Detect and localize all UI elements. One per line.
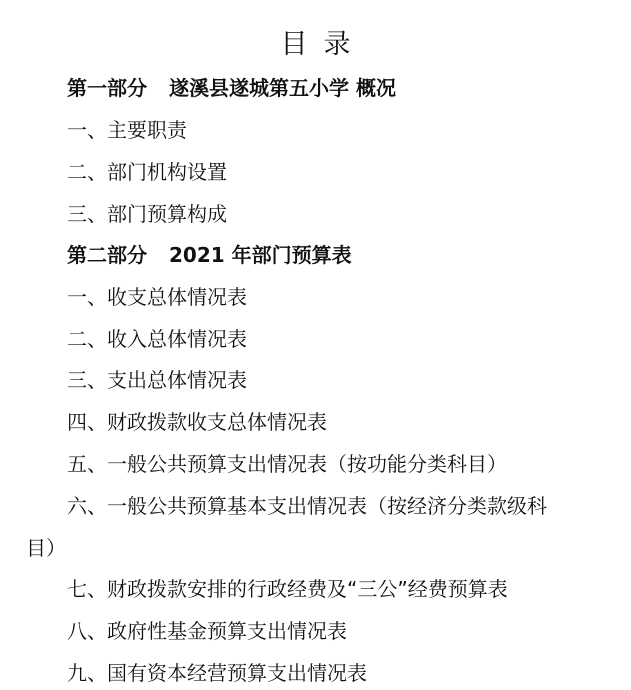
toc-part2-heading[interactable]: 第二部分2021 年部门预算表	[67, 241, 352, 269]
toc-item-continuation[interactable]: 目）	[26, 534, 66, 562]
toc-item[interactable]: 三、部门预算构成	[67, 200, 227, 228]
page-title: 目录	[0, 28, 631, 62]
title-char-1: 目	[281, 29, 308, 60]
toc-item[interactable]: 二、收入总体情况表	[67, 325, 247, 353]
toc-item[interactable]: 二、部门机构设置	[67, 158, 227, 186]
part2-title: 2021 年部门预算表	[169, 243, 352, 267]
toc-item[interactable]: 七、财政拨款安排的行政经费及“三公”经费预算表	[67, 575, 508, 603]
toc-item[interactable]: 一、收支总体情况表	[67, 283, 247, 311]
toc-item[interactable]: 四、财政拨款收支总体情况表	[67, 408, 327, 436]
toc-item[interactable]: 八、政府性基金预算支出情况表	[67, 617, 347, 645]
toc-item[interactable]: 九、国有资本经营预算支出情况表	[67, 659, 367, 687]
toc-part1-heading[interactable]: 第一部分遂溪县遂城第五小学 概况	[67, 74, 396, 102]
title-char-2: 录	[324, 29, 351, 60]
document-page: 目录 第一部分遂溪县遂城第五小学 概况 一、主要职责 二、部门机构设置 三、部门…	[0, 0, 631, 690]
part2-label: 第二部分	[67, 243, 147, 267]
toc-item[interactable]: 六、一般公共预算基本支出情况表（按经济分类款级科	[67, 492, 547, 520]
toc-item[interactable]: 一、主要职责	[67, 116, 187, 144]
toc-item[interactable]: 三、支出总体情况表	[67, 366, 247, 394]
toc-item[interactable]: 五、一般公共预算支出情况表（按功能分类科目）	[67, 450, 507, 478]
part1-label: 第一部分	[67, 76, 147, 100]
part1-title: 遂溪县遂城第五小学 概况	[169, 76, 396, 100]
